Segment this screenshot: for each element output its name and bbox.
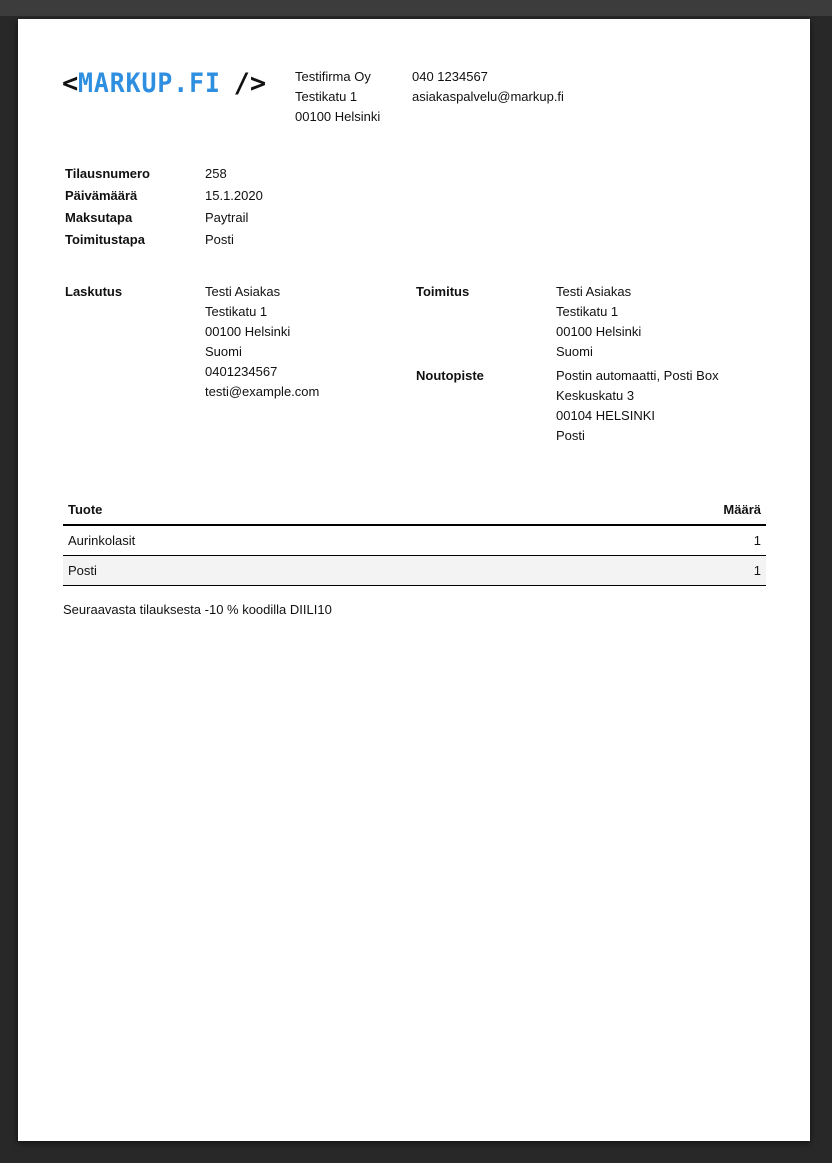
- company-email: asiakaspalvelu@markup.fi: [412, 87, 564, 107]
- shipping-city: 00100 Helsinki: [556, 322, 641, 342]
- company-name: Testifirma Oy: [295, 67, 380, 87]
- product-quantity: 1: [498, 525, 766, 556]
- shipping-street: Testikatu 1: [556, 302, 641, 322]
- order-number-value: 258: [205, 163, 263, 185]
- billing-name: Testi Asiakas: [205, 282, 319, 302]
- logo-brand-text: MARKUP.FI: [78, 70, 221, 98]
- company-address: Testifirma Oy Testikatu 1 00100 Helsinki: [295, 67, 380, 127]
- order-number-row: Tilausnumero 258: [65, 163, 263, 185]
- order-number-label: Tilausnumero: [65, 163, 205, 185]
- delivery-method-value: Posti: [205, 229, 263, 251]
- column-header-product: Tuote: [63, 494, 498, 525]
- shipping-country: Suomi: [556, 342, 641, 362]
- pickup-label: Noutopiste: [416, 366, 556, 446]
- company-contact: 040 1234567 asiakaspalvelu@markup.fi: [412, 67, 564, 107]
- product-name: Aurinkolasit: [63, 525, 498, 556]
- shipping-label: Toimitus: [416, 282, 556, 362]
- column-header-quantity: Määrä: [498, 494, 766, 525]
- billing-label: Laskutus: [65, 282, 205, 402]
- company-city: 00100 Helsinki: [295, 107, 380, 127]
- discount-note: Seuraavasta tilauksesta -10 % koodilla D…: [63, 600, 332, 620]
- product-name: Posti: [63, 556, 498, 586]
- shipping-address: Testi Asiakas Testikatu 1 00100 Helsinki…: [556, 282, 641, 362]
- billing-street: Testikatu 1: [205, 302, 319, 322]
- order-meta-table: Tilausnumero 258 Päivämäärä 15.1.2020 Ma…: [65, 163, 263, 251]
- product-quantity: 1: [498, 556, 766, 586]
- shipping-name: Testi Asiakas: [556, 282, 641, 302]
- table-row: Posti 1: [63, 556, 766, 586]
- billing-city: 00100 Helsinki: [205, 322, 319, 342]
- order-date-row: Päivämäärä 15.1.2020: [65, 185, 263, 207]
- payment-method-row: Maksutapa Paytrail: [65, 207, 263, 229]
- billing-country: Suomi: [205, 342, 319, 362]
- payment-method-value: Paytrail: [205, 207, 263, 229]
- pickup-address: Postin automaatti, Posti Box Keskuskatu …: [556, 366, 719, 446]
- pickup-city: 00104 HELSINKI: [556, 406, 719, 426]
- pickup-point-name: Postin automaatti, Posti Box: [556, 366, 719, 386]
- delivery-method-row: Toimitustapa Posti: [65, 229, 263, 251]
- viewer-toolbar: [0, 0, 832, 16]
- billing-email: testi@example.com: [205, 382, 319, 402]
- shipping-section: Toimitus Testi Asiakas Testikatu 1 00100…: [416, 282, 719, 446]
- payment-method-label: Maksutapa: [65, 207, 205, 229]
- delivery-method-label: Toimitustapa: [65, 229, 205, 251]
- logo-close-bracket: />: [234, 70, 267, 98]
- pickup-section: Noutopiste Postin automaatti, Posti Box …: [416, 366, 719, 446]
- logo-open-bracket: <: [62, 70, 78, 98]
- products-table: Tuote Määrä Aurinkolasit 1 Posti 1: [63, 494, 766, 586]
- company-phone: 040 1234567: [412, 67, 564, 87]
- billing-section: Laskutus Testi Asiakas Testikatu 1 00100…: [65, 282, 319, 402]
- table-row: Aurinkolasit 1: [63, 525, 766, 556]
- billing-phone: 0401234567: [205, 362, 319, 382]
- order-date-label: Päivämäärä: [65, 185, 205, 207]
- order-date-value: 15.1.2020: [205, 185, 263, 207]
- document-page: < MARKUP.FI /> Testifirma Oy Testikatu 1…: [18, 19, 810, 1141]
- company-street: Testikatu 1: [295, 87, 380, 107]
- products-header-row: Tuote Määrä: [63, 494, 766, 525]
- pickup-carrier: Posti: [556, 426, 719, 446]
- markup-logo: < MARKUP.FI />: [62, 70, 266, 98]
- billing-address: Testi Asiakas Testikatu 1 00100 Helsinki…: [205, 282, 319, 402]
- pickup-street: Keskuskatu 3: [556, 386, 719, 406]
